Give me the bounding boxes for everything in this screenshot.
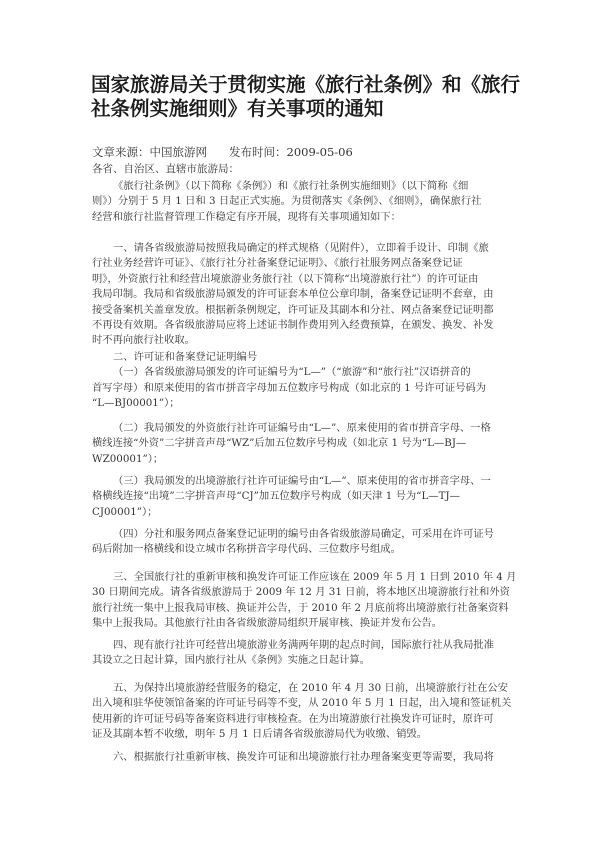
text-line: （一）各省级旅游局颁发的许可证编号为“L—”（“旅游”和“旅行社”汉语拼音的 [92,365,502,380]
date-value: 2009-05-06 [287,145,353,159]
text-line: 码后附加一格横线和设立城市名称拼音字母代码、三位数序号组成。 [92,542,502,557]
text-line: 五、为保持出境旅游经营服务的稳定，在 2010 年 4 月 30 日前，出境游旅… [92,681,502,696]
text-line: 六、根据旅行社重新审核、换发许可证和出境游旅行社办理备案变更等需要，我局将 [92,750,502,765]
text-line: 证及其副本暂不收缴，明年 5 月 1 日后请各省级旅游局代为收缴、销毁。 [92,727,502,742]
text-line: 30 日期间完成。请各省级旅游局于 2009 年 12 月 31 日前，将本地区… [92,585,502,600]
date-label: 发布时间： [229,145,287,159]
text-line: 三、全国旅行社的重新审核和换发许可证工作应该在 2009 年 5 月 1 日到 … [92,570,502,585]
paragraph-item-3: 三、全国旅行社的重新审核和换发许可证工作应该在 2009 年 5 月 1 日到 … [92,570,502,632]
text-line: CJ00001”）； [92,505,502,520]
source-label: 文章来源： [92,145,150,159]
page-title: 国家旅游局关于贯彻实施《旅行社条例》和《旅行 社条例实施细则》有关事项的通知 [91,73,511,121]
text-line: （三）我局颁发的出境游旅行社许可证编号由“L—”、原来使用的省市拼音字母、一 [92,474,502,489]
text-line: 明》，外资旅行社和经营出境旅游业务旅行社（以下简称“出境游旅行社”）的许可证由 [92,272,502,287]
title-line: 社条例实施细则》有关事项的通知 [91,97,511,121]
text-line: 行社业务经营许可证》、《旅行社分社备案登记证明》、《旅行社服务网点备案登记证 [92,256,502,271]
text-line: 则》）分别于 5 月 1 日和 3 日起正式实施。为贯彻落实《条例》、《细则》，… [92,194,502,209]
paragraph-sub-3: （三）我局颁发的出境游旅行社许可证编号由“L—”、原来使用的省市拼音字母、一 格… [92,474,502,520]
text-line: 旅行社统一集中上报我局审核、换证并公告，于 2010 年 2 月底前将出境游旅行… [92,601,502,616]
document-page: 国家旅游局关于贯彻实施《旅行社条例》和《旅行 社条例实施细则》有关事项的通知 文… [0,0,595,842]
text-line: 《旅行社条例》（以下简称《条例》）和《旅行社条例实施细则》（以下简称《细 [92,179,502,194]
text-line: （二）我局颁发的外资旅行社许可证编号由“L—”、原来使用的省市拼音字母、一格 [92,421,502,436]
paragraph-item-5: 五、为保持出境旅游经营服务的稳定，在 2010 年 4 月 30 日前，出境游旅… [92,681,502,743]
paragraph-item-1: 一、请各省级旅游局按照我局确定的样式规格（见附件），立即着手设计、印制《旅 行社… [92,241,502,349]
source-value: 中国旅游网 [150,145,208,159]
text-line: （四）分社和服务网点备案登记证明的编号由各省级旅游局确定，可采用在许可证号 [92,527,502,542]
text-line: 四、现有旅行社许可经营出境旅游业务满两年期的起点时间，国际旅行社从我局批准 [92,638,502,653]
text-line: 我局印制。我局和省级旅游局颁发的许可证套本单位公章印制，备案登记证明不套章，由 [92,287,502,302]
text-line: 横线连接“外资”二字拼音声母“WZ”后加五位数序号构成（如北京 1 号为“L—B… [92,436,502,451]
paragraph-intro: 《旅行社条例》（以下简称《条例》）和《旅行社条例实施细则》（以下简称《细 则》）… [92,179,502,225]
paragraph-item-4: 四、现有旅行社许可经营出境旅游业务满两年期的起点时间，国际旅行社从我局批准 其设… [92,638,502,669]
text-line: 一、请各省级旅游局按照我局确定的样式规格（见附件），立即着手设计、印制《旅 [92,241,502,256]
text-line: “L—BJ00001”）； [92,396,502,411]
text-line: 经营和旅行社监督管理工作稳定有序开展，现将有关事项通知如下： [92,210,502,225]
text-line: WZ00001”）； [92,452,502,467]
paragraph-item-2: 二、许可证和备案登记证明编号 （一）各省级旅游局颁发的许可证编号为“L—”（“旅… [92,350,502,412]
text-line: 接受备案机关盖章发放。根据新条例规定，许可证及其副本和分社、网点备案登记证明都 [92,303,502,318]
text-line: 首写字母）和原来使用的省市拼音字母加五位数序号构成（如北京的 1 号许可证号码为 [92,381,502,396]
text-line: 集中上报我局。其他旅行社由各省级旅游局组织开展审核、换证并发布公告。 [92,616,502,631]
text-line: 使用新的许可证号码等备案资料进行审核检查。在为出境游旅行社换发许可证时，原许可 [92,712,502,727]
text-line: 不再设有效期。各省级旅游局应将上述证书制作费用列入经费预算，在颁发、换发、补发 [92,318,502,333]
paragraph-item-6: 六、根据旅行社重新审核、换发许可证和出境游旅行社办理备案变更等需要，我局将 [92,750,502,765]
paragraph-sub-4: （四）分社和服务网点备案登记证明的编号由各省级旅游局确定，可采用在许可证号 码后… [92,527,502,558]
section-heading: 二、许可证和备案登记证明编号 [92,350,502,365]
text-line: 其设立之日起计算，国内旅行社从《条例》实施之日起计算。 [92,653,502,668]
text-line: 时不再向旅行社收取。 [92,333,502,348]
article-meta: 文章来源：中国旅游网发布时间：2009-05-06 [92,145,353,160]
paragraph-sub-2: （二）我局颁发的外资旅行社许可证编号由“L—”、原来使用的省市拼音字母、一格 横… [92,421,502,467]
salutation: 各省、自治区、直辖市旅游局： [92,162,239,177]
text-line: 格横线连接“出境”二字拼音声母“CJ”加五位数序号构成（如天津 1 号为“L—T… [92,489,502,504]
title-line: 国家旅游局关于贯彻实施《旅行社条例》和《旅行 [91,73,511,97]
text-line: 出入境和驻华使领馆备案的许可证号码等不变，从 2010 年 5 月 1 日起，出… [92,696,502,711]
